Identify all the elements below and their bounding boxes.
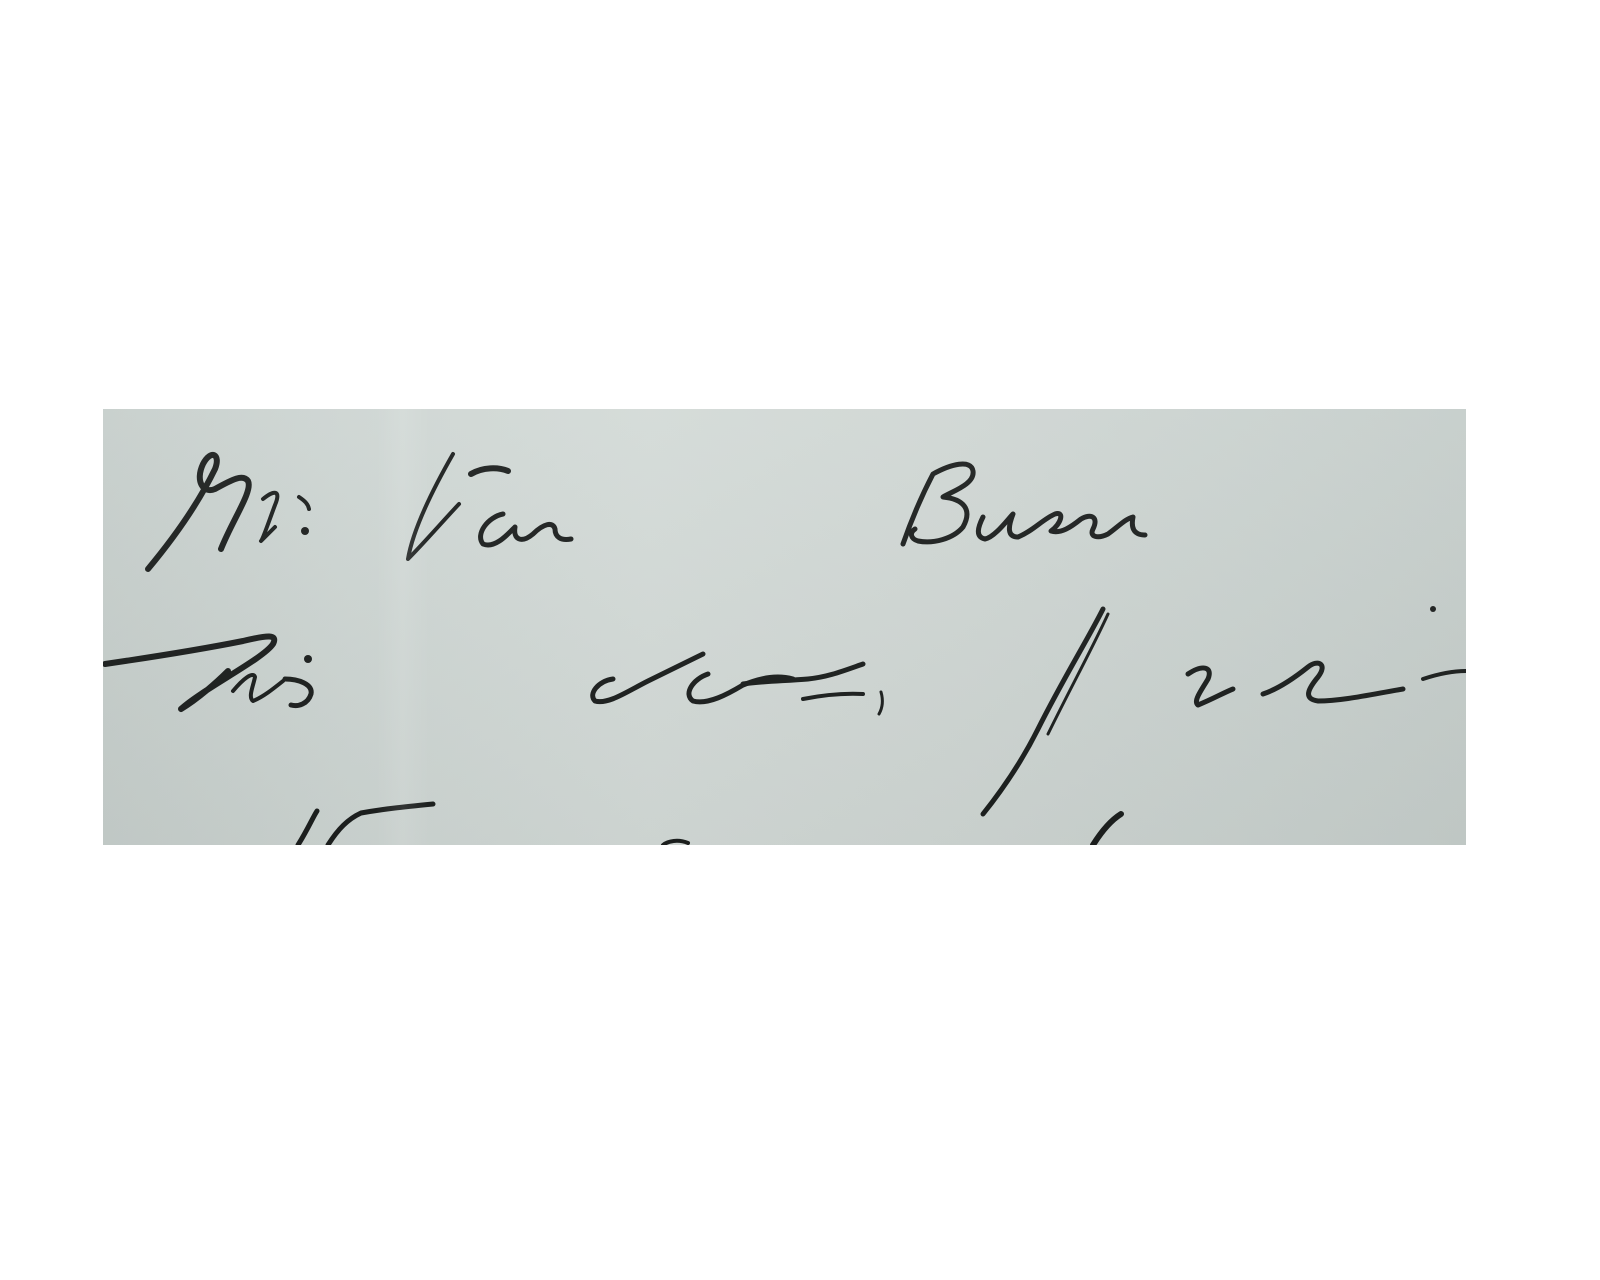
handwriting-ink <box>103 409 1466 845</box>
handwriting-line-1 <box>148 454 1145 569</box>
handwriting-line-2 <box>105 606 1466 814</box>
manuscript-fragment: Mr. Van Buren his old frie t ... f <box>103 409 1466 845</box>
handwriting-line-3 <box>298 804 1121 845</box>
